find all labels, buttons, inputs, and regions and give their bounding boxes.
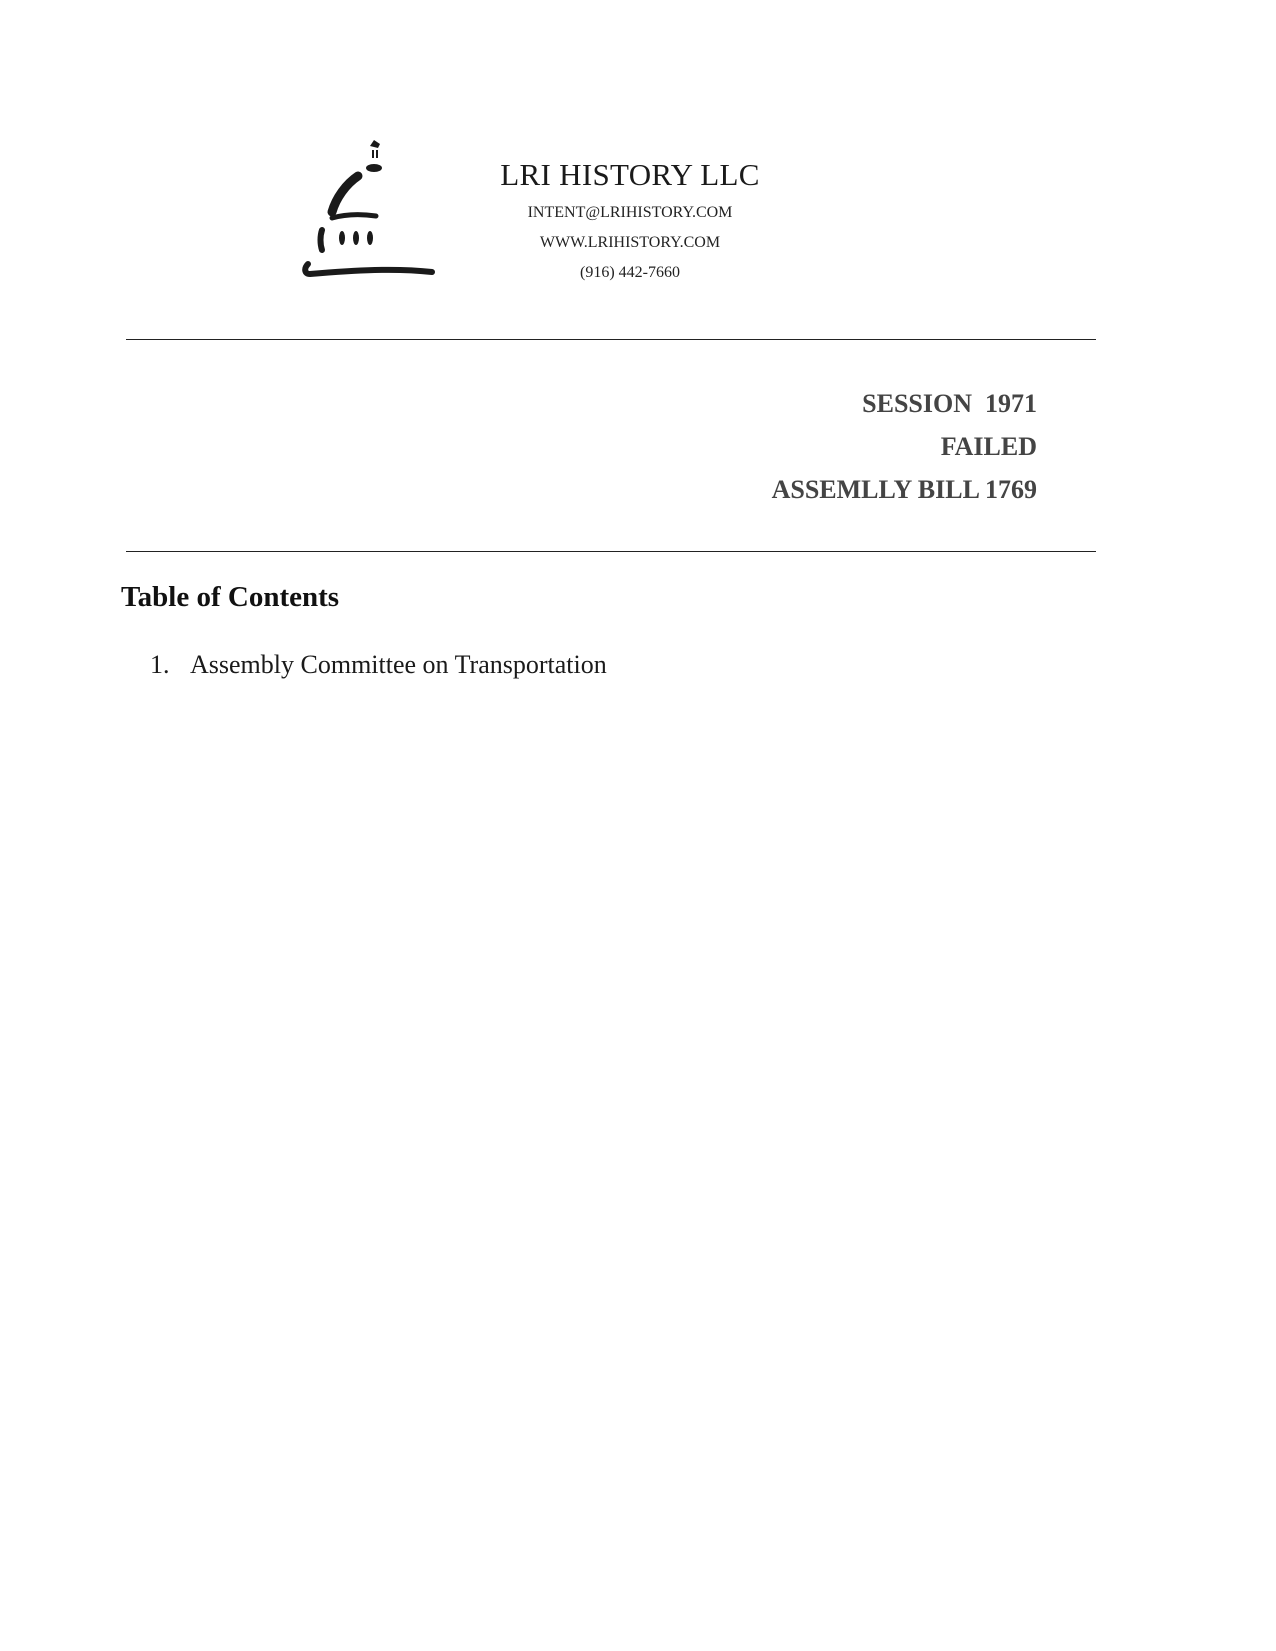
company-email: INTENT@LRIHISTORY.COM xyxy=(440,198,820,228)
divider-bottom xyxy=(126,551,1096,552)
company-header: LRI HISTORY LLC INTENT@LRIHISTORY.COM WW… xyxy=(440,158,820,288)
company-phone: (916) 442-7660 xyxy=(440,258,820,288)
status-label: FAILED xyxy=(772,425,1037,468)
company-website: WWW.LRIHISTORY.COM xyxy=(440,228,820,258)
bill-label: ASSEMLLY BILL 1769 xyxy=(772,468,1037,511)
bill-info: SESSION 1971 FAILED ASSEMLLY BILL 1769 xyxy=(772,382,1037,511)
capitol-dome-icon xyxy=(296,132,436,282)
toc-item[interactable]: 1. Assembly Committee on Transportation xyxy=(150,650,607,680)
session-label: SESSION 1971 xyxy=(772,382,1037,425)
company-name: LRI HISTORY LLC xyxy=(440,158,820,192)
toc-list: 1. Assembly Committee on Transportation xyxy=(150,650,607,680)
divider-top xyxy=(126,339,1096,340)
toc-item-label[interactable]: Assembly Committee on Transportation xyxy=(190,650,607,680)
toc-item-number: 1. xyxy=(150,650,174,680)
toc-title: Table of Contents xyxy=(121,581,339,614)
